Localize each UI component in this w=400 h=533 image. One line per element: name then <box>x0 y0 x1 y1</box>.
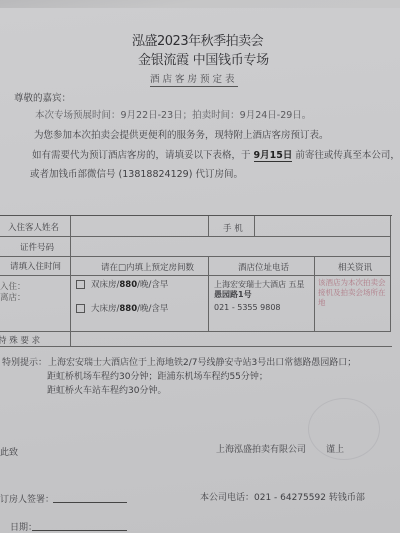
intro-line: 为您参加本次拍卖会提供更便利的服务务，现特附上酒店客房预订表。 <box>34 127 329 141</box>
room-option-twin: 双床房/880/晚/含早 <box>76 278 168 290</box>
date-field[interactable] <box>32 530 127 531</box>
col-divider <box>208 256 209 331</box>
special-note-line1: 上海宏安瑞士大酒店位于上海地铁2/7号线静安寺站3号出口常德路愚园路口； <box>48 355 356 368</box>
col-divider <box>314 256 315 331</box>
auction-title: 泓盛2023年秋季拍卖会 <box>132 30 263 49</box>
room-type: 双床房/ <box>91 280 119 290</box>
greeting: 尊敬的嘉宾： <box>14 90 71 104</box>
row-divider <box>0 275 391 276</box>
auction-subtitle: 金银流霞 中国钱币专场 <box>138 49 269 68</box>
col-divider <box>70 216 71 346</box>
company-name: 上海泓盛拍卖有限公司 <box>216 442 306 455</box>
instruction-pre: 如有需要代为预订酒店客房的，请填妥以下表格，于 <box>32 150 251 161</box>
twin-room-checkbox[interactable] <box>76 280 85 289</box>
col-divider <box>254 216 255 236</box>
respectfully-yours: 谨上 <box>326 442 344 455</box>
form-title: 酒店客房预定表 <box>150 71 238 87</box>
room-price: 880 <box>119 280 137 290</box>
hotel-header: 酒店位址电话 <box>238 261 289 273</box>
related-info: 该酒店为本次拍卖会接机及拍卖会场所在地 <box>318 278 386 308</box>
deadline-date: 9月15日 <box>254 150 293 162</box>
room-option-king: 大床房/880/晚/含早 <box>76 302 168 314</box>
guest-name-field[interactable] <box>72 217 206 235</box>
col-divider <box>390 216 391 331</box>
instruction-line: 如有需要代为预订酒店客房的，请填妥以下表格，于 9月15日 前寄往或传真至本公司… <box>32 147 400 161</box>
date-label: 日期： <box>10 520 37 533</box>
id-number-label: 证件号码 <box>20 241 54 253</box>
special-note-label: 特别提示： <box>2 355 47 368</box>
special-requests-field[interactable] <box>72 332 388 346</box>
special-note-line3: 距虹桥火车站车程约30分钟。 <box>47 383 166 396</box>
instruction-post: 前寄往或传真至本公司， <box>295 150 400 161</box>
special-requests-label: 特 殊 要 求 <box>0 334 40 346</box>
row-divider <box>0 256 391 257</box>
signature-label: 订房人签署： <box>0 492 54 505</box>
king-room-checkbox[interactable] <box>76 304 85 313</box>
room-type: 大床房/ <box>91 304 119 314</box>
stay-time-label: 请填入住时间 <box>10 260 61 272</box>
wechat-line: 或者加钱币部微信号 (13818824129) 代订房间。 <box>30 166 243 180</box>
reservation-table: 入住客人姓名 手 机 证件号码 请填入住时间 请在□内填上预定房间数 酒店位址电… <box>0 215 392 347</box>
info-header: 相关资讯 <box>338 261 372 273</box>
company-phone: 本公司电话：021 - 64275592 转钱币部 <box>200 490 365 503</box>
room-price: 880 <box>119 304 137 314</box>
schedule-line: 本次专场预展时间：9月22日-23日；拍卖时间：9月24日-29日。 <box>35 107 311 121</box>
room-count-header: 请在□内填上预定房间数 <box>101 261 194 273</box>
id-number-field[interactable] <box>72 237 388 255</box>
mobile-field[interactable] <box>256 217 388 235</box>
hotel-address-street: 愚园路1号 <box>214 289 252 300</box>
guest-name-label: 入住客人姓名 <box>8 221 59 233</box>
col-divider <box>208 216 209 236</box>
signature-field[interactable] <box>53 502 127 503</box>
checkout-label[interactable]: 离店： <box>0 291 26 303</box>
room-unit: /晚/含早 <box>137 304 168 314</box>
hotel-phone: 021 - 5355 9808 <box>214 303 281 312</box>
room-unit: /晚/含早 <box>137 280 168 290</box>
salutation: 此致 <box>0 445 18 458</box>
special-note-line2: 距虹桥机场车程约30分钟；距浦东机场车程约55分钟； <box>47 369 268 382</box>
mobile-label: 手 机 <box>223 222 243 234</box>
